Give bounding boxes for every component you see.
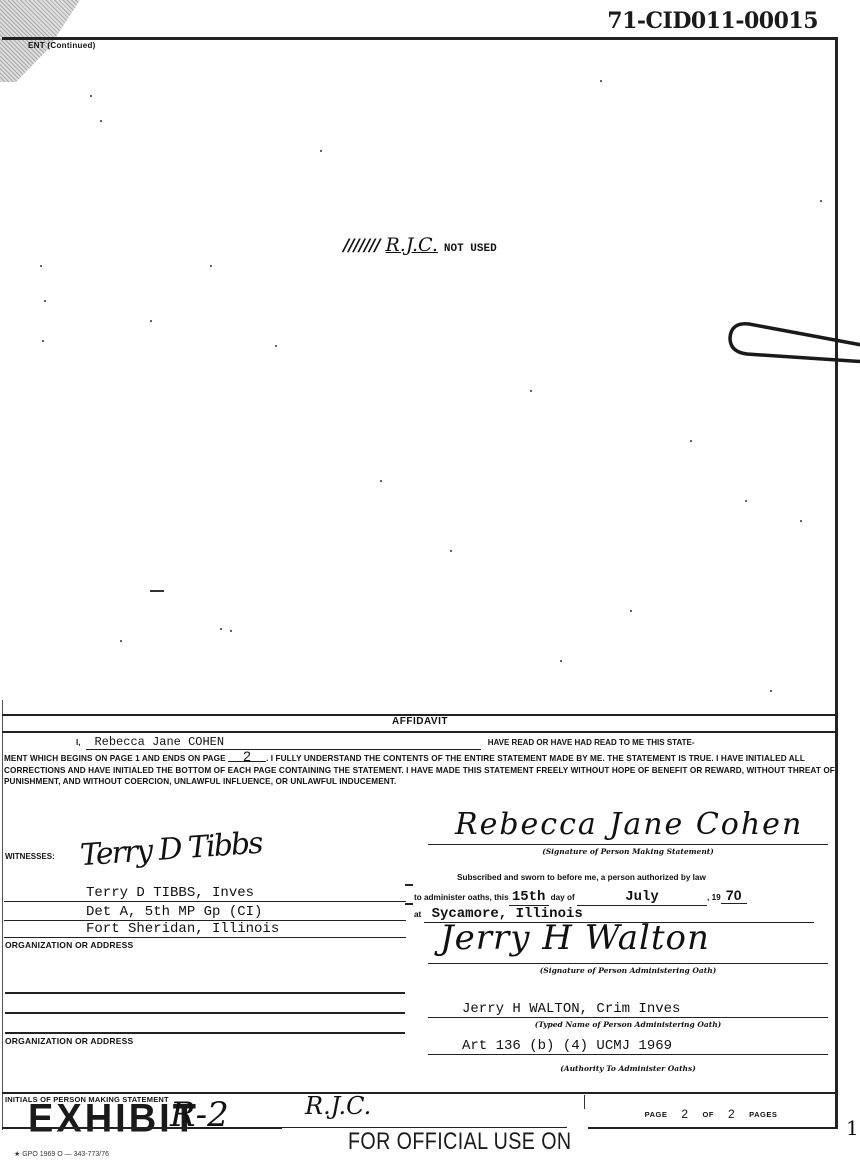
pages-label: PAGES xyxy=(749,1110,777,1119)
paperclip-icon xyxy=(727,318,860,366)
sheet-number: 1 xyxy=(846,1116,859,1140)
document-id-stamp: 71-CID011-00015 xyxy=(607,8,818,34)
admin-signature-line xyxy=(428,963,828,964)
oath-day-field: 15th xyxy=(509,889,549,906)
oath-authority-field: Art 136 (b) (4) UCMJ 1969 xyxy=(428,1037,828,1055)
footer-bottom-rule-left xyxy=(2,1127,282,1129)
oath-authority-caption: (Authority To Administer Oaths) xyxy=(428,1064,828,1073)
classification-stamp: FOR OFFICIAL USE ON xyxy=(348,1128,572,1156)
affidavit-line1-suffix: HAVE READ OR HAVE HAD READ TO ME THIS ST… xyxy=(488,738,695,747)
oath-text2-prefix: to administer oaths, this xyxy=(414,893,509,902)
witness-org-line-2: Fort Sheridan, Illinois xyxy=(4,920,406,938)
page-current: 2 xyxy=(681,1107,688,1121)
affidavit-title-rule xyxy=(2,731,838,733)
oath-text-line-2: to administer oaths, this15thday of July… xyxy=(414,887,834,906)
gpo-print-line: ★ GPO 1969 O — 343-773/76 xyxy=(14,1150,109,1158)
footer-divider xyxy=(584,1095,585,1109)
affidavit-title: AFFIDAVIT xyxy=(0,716,840,727)
oath-day-of-label: day of xyxy=(551,893,575,902)
affidavit-prefix: I, xyxy=(76,738,80,747)
admin-typed-name-caption: (Typed Name of Person Administering Oath… xyxy=(428,1020,828,1029)
witness2-org-label: ORGANIZATION OR ADDRESS xyxy=(5,1036,133,1046)
end-page-field: 2 xyxy=(228,751,266,762)
exhibit-id: R-2 xyxy=(170,1095,229,1135)
page-initials: R.J.C. xyxy=(305,1092,371,1120)
admin-signature-caption: (Signature of Person Administering Oath) xyxy=(428,966,828,975)
admin-typed-name: Jerry H WALTON, Crim Inves xyxy=(428,1000,828,1018)
witness2-org-line xyxy=(5,1032,405,1034)
witness2-signature-line xyxy=(5,992,405,994)
oath-text-line-1: Subscribed and sworn to before me, a per… xyxy=(457,873,706,882)
oath-at-label: at xyxy=(414,910,421,919)
handwritten-initials: R.J.C. xyxy=(385,234,437,256)
witness2-name-line xyxy=(5,1012,405,1014)
not-used-label: NOT USED xyxy=(444,243,497,255)
not-used-annotation: /////// R.J.C. NOT USED xyxy=(343,234,497,256)
statement-signature: Rebecca Jane Cohen xyxy=(455,807,803,842)
footer-top-rule xyxy=(2,1092,838,1094)
tick-mark xyxy=(405,884,413,886)
witness-name-line: Terry D TIBBS, Inves xyxy=(4,884,406,902)
statement-signature-caption: (Signature of Person Making Statement) xyxy=(428,847,828,856)
tick-mark xyxy=(405,903,413,905)
affiant-name-field: Rebecca Jane COHEN xyxy=(86,735,481,750)
affidavit-line-1: I,Rebecca Jane COHEN HAVE READ OR HAVE H… xyxy=(76,735,836,750)
oath-year-prefix: , 19 xyxy=(707,893,721,902)
oath-year-field: 70 xyxy=(721,887,747,904)
oath-month-field: July xyxy=(577,889,707,906)
form-header-fragment: ENT (Continued) xyxy=(28,41,96,50)
affidavit-body: MENT WHICH BEGINS ON PAGE 1 AND ENDS ON … xyxy=(4,751,836,788)
page-count: PAGE 2 OF 2 PAGES xyxy=(588,1100,834,1128)
affidavit-body-part1: MENT WHICH BEGINS ON PAGE 1 AND ENDS ON … xyxy=(4,754,226,763)
administrator-signature: Jerry H Walton xyxy=(440,918,710,958)
page-label: PAGE xyxy=(645,1110,668,1119)
witness-org-line-1: Det A, 5th MP Gp (CI) xyxy=(4,903,406,921)
witnesses-label: WITNESSES: xyxy=(5,852,55,861)
page-of-label: OF xyxy=(703,1110,714,1119)
strikeout-marks: /////// xyxy=(343,236,379,256)
statement-signature-line xyxy=(428,844,828,845)
witness1-org-label: ORGANIZATION OR ADDRESS xyxy=(5,940,133,950)
page-total: 2 xyxy=(728,1107,735,1121)
form-left-edge xyxy=(2,700,3,1130)
